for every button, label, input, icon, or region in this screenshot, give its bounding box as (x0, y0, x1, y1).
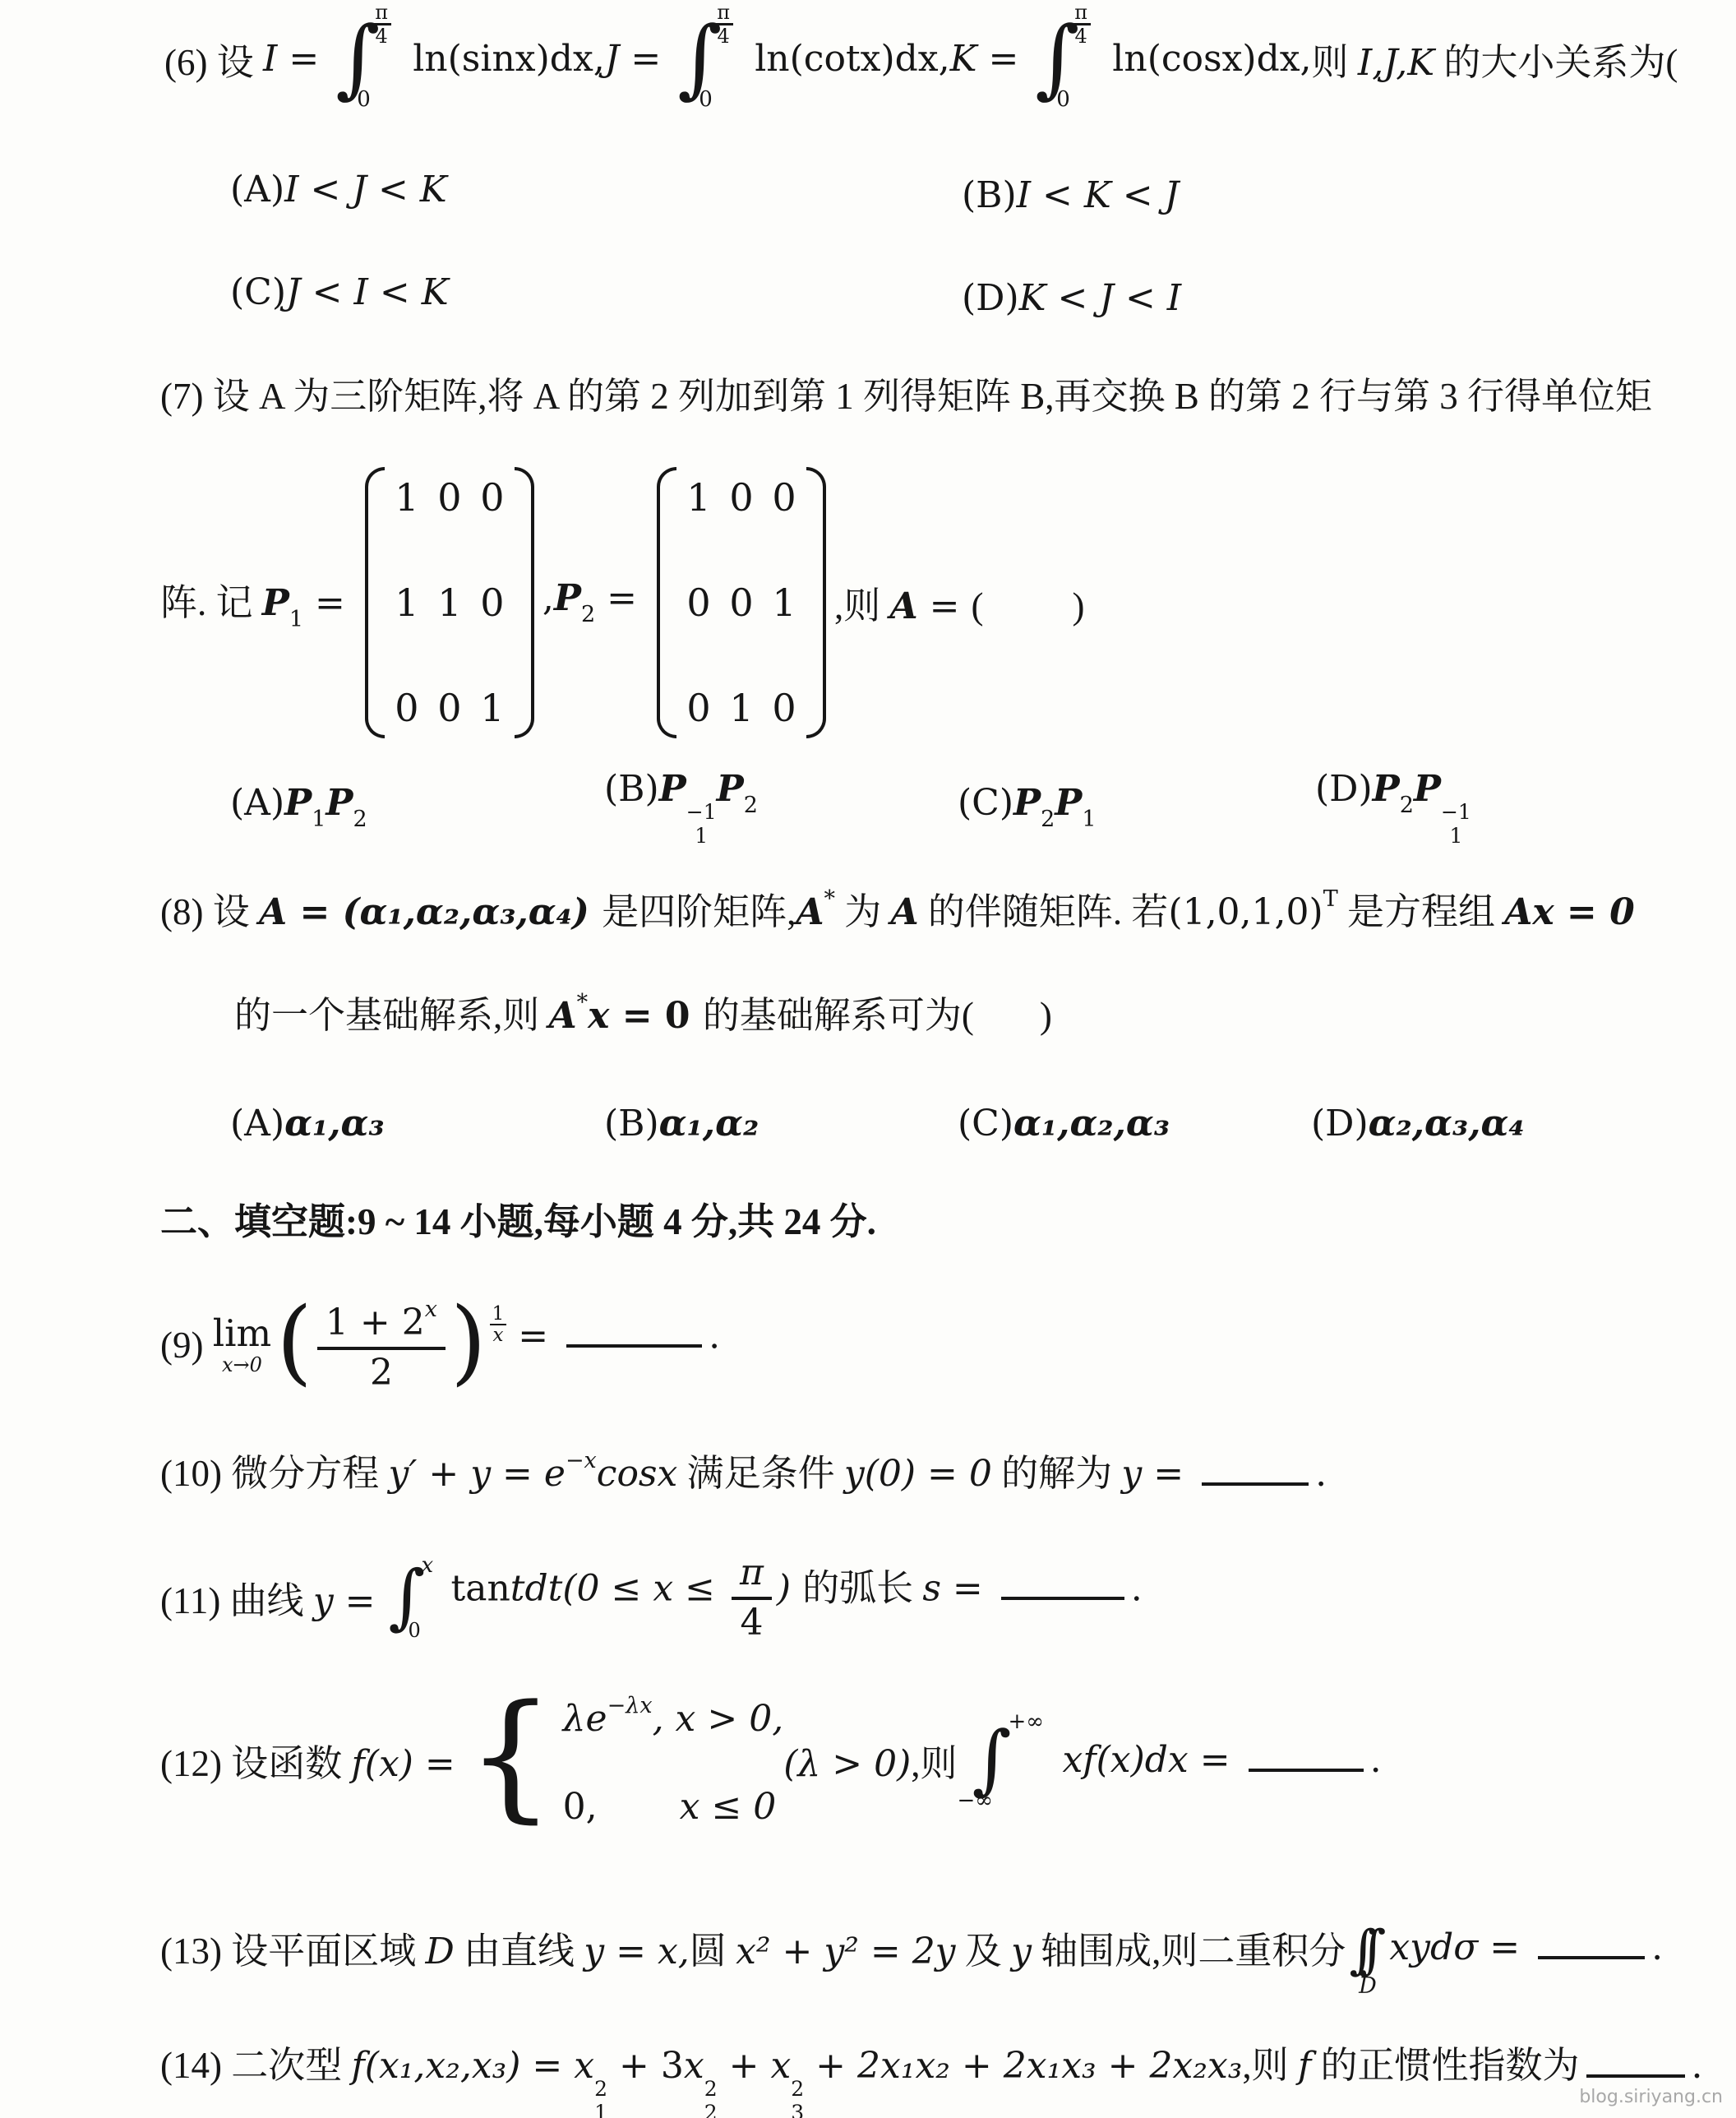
matrix-p1-grid: 100 110 001 (385, 467, 515, 738)
q10-line: (10) 微分方程 y′ + y = e−xcosx 满足条件 y(0) = 0… (160, 1443, 1327, 1496)
q8-option-c: (C)α₁,α₂,α₃ (958, 1097, 1170, 1149)
exponent-fraction: 1x (490, 1304, 507, 1345)
fill-blank (1001, 1572, 1124, 1600)
integral-lower-bound: 0 (1056, 87, 1070, 112)
option-d: (D)P2P−11 (1315, 768, 1471, 846)
matrix-left-paren (365, 467, 385, 738)
q7-number: (7) (160, 376, 213, 417)
fill-blank (1586, 2050, 1685, 2078)
option-a: (A)I < J < K (230, 169, 447, 210)
q6-option-d: (D)K < J < I (962, 273, 1181, 322)
double-integral-over-D-icon: ∫∫D (1349, 1924, 1386, 1997)
integral-lower-bound: −∞ (958, 1788, 993, 1813)
q6-question-tail: 则 I,J,K 的大小关系为() (1312, 32, 1736, 86)
limit-operator: limx→0 (213, 1315, 271, 1375)
q11-integrand: tantdt(0 ≤ x ≤ π4) 的弧长 s = . (451, 1550, 1143, 1645)
matrix-p2-grid: 100 001 010 (676, 467, 806, 738)
q6-option-c: (C)J < I < K (230, 267, 449, 317)
q7-line1: (7) 设 A 为三阶矩阵,将 A 的第 2 列加到第 1 列得矩阵 B,再交换… (160, 366, 1652, 419)
integral-lower-bound: 0 (409, 1619, 421, 1642)
integral-upper-bound: x (422, 1553, 434, 1578)
q6-var-J: J = (605, 38, 672, 80)
q6-integrand-1: ln(sinx)dx, (413, 38, 605, 80)
option-b: (B)I < K < J (962, 174, 1179, 216)
question-7-matrix-line: 阵. 记 P1 = 100 110 001 ,P2 = 100 001 010 … (160, 473, 1085, 732)
double-integral-sign-icon: ∫∫ (1349, 1924, 1386, 1977)
option-b: (B)α₁,α₂ (604, 1103, 759, 1145)
q8-option-b: (B)α₁,α₂ (604, 1097, 759, 1149)
fill-blank (1538, 1931, 1645, 1959)
matrix-cell: 1 (395, 580, 418, 625)
big-right-paren: ) (450, 1296, 487, 1388)
supsub-stack: 22 (704, 2079, 718, 2118)
matrix-cell: 0 (437, 475, 461, 520)
q6-var-K: K = (950, 38, 1031, 80)
integral-upper-bound: π4 (713, 2, 733, 48)
matrix-cell: 0 (395, 686, 418, 730)
integral-0-pi4-icon: ∫ π4 0 (1030, 13, 1112, 104)
question-8-stem-line1: (8) 设 A = (α₁,α₂,α₃,α₄) 是四阶矩阵,A* 为 A 的伴随… (160, 881, 1635, 934)
q8-line1: (8) 设 A = (α₁,α₂,α₃,α₄) 是四阶矩阵,A* 为 A 的伴随… (160, 881, 1635, 935)
fraction: 1 + 2x2 (317, 1295, 446, 1395)
cases-brace-icon: { (467, 1686, 555, 1824)
q6-integrand-3: ln(cosx)dx, (1112, 38, 1311, 80)
matrix-cell: 1 (772, 580, 796, 625)
piecewise-cases: λe−λx, x > 0, 0,x ≤ 0 (563, 1693, 784, 1828)
matrix-cell: 1 (395, 475, 418, 520)
exam-page: (6) 设 I = ∫ π4 0 ln(sinx)dx, J = ∫ π4 0 … (0, 0, 1736, 2118)
integral-sign-icon: ∫ (972, 1722, 1012, 1797)
option-a: (A)P1P2 (230, 782, 367, 832)
matrix-right-paren (806, 467, 826, 738)
matrix-cell: 0 (437, 686, 461, 730)
matrix-cell: 0 (772, 475, 796, 520)
q7-matrix-prefix: 阵. 记 P1 = (160, 572, 357, 632)
q7-option-c: (C)P2P1 (958, 778, 1097, 835)
question-6-stem: (6) 设 I = ∫ π4 0 ln(sinx)dx, J = ∫ π4 0 … (164, 15, 1736, 102)
q12-prefix: (12) 设函数 f(x) = (160, 1733, 467, 1787)
q6-var-I: I = (263, 38, 330, 80)
option-b: (B)P−11P2 (604, 768, 758, 846)
supsub-stack: 23 (791, 2079, 804, 2118)
q8-option-d: (D)α₂,α₃,α₄ (1311, 1097, 1525, 1149)
fill-blank (1202, 1458, 1309, 1486)
watermark: blog.siriyang.cn (1579, 2087, 1723, 2107)
q7-option-b: (B)P−11P2 (604, 778, 758, 835)
question-11: (11) 曲线 y = ∫ x 0 tantdt(0 ≤ x ≤ π4) 的弧长… (160, 1554, 1143, 1640)
q7-question-tail: ,则 A = () (834, 576, 1085, 629)
q14-line: (14) 二次型 f(x₁,x₂,x₃) = x21 + 3x22 + x23 … (160, 2035, 1703, 2118)
section-2-header: 二、填空题:9 ~ 14 小题,每小题 4 分,共 24 分. (160, 1193, 876, 1242)
option-a: (A)α₁,α₃ (230, 1103, 385, 1145)
matrix-cell: 0 (729, 580, 753, 625)
big-left-paren: ( (276, 1296, 312, 1388)
section-2-title: 二、填空题:9 ~ 14 小题,每小题 4 分,共 24 分. (160, 1191, 876, 1245)
question-14: (14) 二次型 f(x₁,x₂,x₃) = x21 + 3x22 + x23 … (160, 2049, 1703, 2108)
fill-blank (1249, 1744, 1364, 1772)
matrix-cell: 0 (729, 475, 753, 520)
q6-integrand-2: ln(cotx)dx, (755, 38, 949, 80)
question-12: (12) 设函数 f(x) = { λe−λx, x > 0, 0,x ≤ 0 … (160, 1692, 1382, 1828)
q9-expression: (1 + 2x2)1x = . (276, 1295, 720, 1395)
option-c: (C)P2P1 (958, 782, 1097, 832)
option-c: (C)α₁,α₂,α₃ (958, 1103, 1170, 1145)
q7-option-a: (A)P1P2 (230, 778, 367, 835)
option-c: (C)J < I < K (230, 271, 449, 313)
double-integral-domain: D (1359, 1975, 1377, 1997)
question-8-stem-line2: 的一个基础解系,则 A*x = 0 的基础解系可为() (234, 987, 1052, 1036)
integral-lower-bound: 0 (699, 87, 713, 112)
question-7-stem-line1: (7) 设 A 为三阶矩阵,将 A 的第 2 列加到第 1 列得矩阵 B,再交换… (160, 368, 1652, 417)
supsub-stack: −11 (686, 802, 717, 846)
integral-lower-bound: 0 (357, 87, 371, 112)
integral-upper-bound: +∞ (1009, 1709, 1044, 1734)
q6-text-set: 设 (217, 42, 263, 83)
q8-option-a: (A)α₁,α₃ (230, 1097, 385, 1149)
option-d: (D)K < J < I (962, 277, 1181, 319)
supsub-stack: 21 (594, 2079, 607, 2118)
matrix-cell: 1 (729, 686, 753, 730)
q13-tail: xydσ = . (1389, 1926, 1663, 1968)
question-13: (13) 设平面区域 D 由直线 y = x,圆 x² + y² = 2y 及 … (160, 1906, 1663, 1988)
fill-blank (566, 1320, 702, 1348)
matrix-right-paren (515, 467, 534, 738)
case-2: 0,x ≤ 0 (563, 1786, 784, 1828)
q6-option-b: (B)I < K < J (962, 170, 1179, 220)
q13-text: (13) 设平面区域 D 由直线 y = x,圆 x² + y² = 2y 及 … (160, 1921, 1346, 1974)
option-d: (D)α₂,α₃,α₄ (1311, 1103, 1525, 1145)
q6-number-and-text: (6) 设 (164, 32, 263, 86)
matrix-left-paren (657, 467, 676, 738)
q7-option-d: (D)P2P−11 (1315, 778, 1471, 835)
integral-upper-bound: π4 (372, 2, 391, 48)
q9-number: (9) (160, 1324, 213, 1367)
q7-text: 设 A 为三阶矩阵,将 A 的第 2 列加到第 1 列得矩阵 B,再交换 B 的… (213, 376, 1652, 417)
integral-0-pi4-icon: ∫ π4 0 (672, 13, 755, 104)
matrix-p1: 100 110 001 (365, 467, 534, 738)
integral-minusinf-plusinf-icon: ∫ +∞ −∞ (958, 1718, 1063, 1803)
q7-matrix-mid: ,P2 = (542, 577, 649, 627)
matrix-cell: 0 (686, 686, 710, 730)
q12-tail: xf(x)dx = . (1063, 1739, 1382, 1781)
pi-over-4-fraction: π4 (732, 1550, 772, 1645)
fraction-numerator: 1 + 2x (317, 1295, 446, 1350)
question-9: (9) limx→0 (1 + 2x2)1x = . (160, 1297, 720, 1392)
case-1: λe−λx, x > 0, (563, 1693, 784, 1740)
integral-0-x-icon: ∫ x 0 (387, 1558, 451, 1637)
integral-upper-bound: π4 (1071, 2, 1091, 48)
matrix-cell: 0 (686, 580, 710, 625)
q8-line2: 的一个基础解系,则 A*x = 0 的基础解系可为() (234, 985, 1052, 1038)
matrix-p2: 100 001 010 (657, 467, 826, 738)
matrix-cell: 1 (686, 475, 710, 520)
matrix-cell: 0 (480, 475, 504, 520)
question-10: (10) 微分方程 y′ + y = e−xcosx 满足条件 y(0) = 0… (160, 1443, 1327, 1496)
matrix-cell: 0 (480, 580, 504, 625)
q6-number: (6) (164, 42, 217, 83)
q6-option-a: (A)I < J < K (230, 164, 447, 214)
matrix-cell: 1 (480, 686, 504, 730)
fraction-denominator: 2 (370, 1350, 393, 1395)
matrix-cell: 1 (437, 580, 461, 625)
q11-prefix: (11) 曲线 y = (160, 1570, 387, 1624)
matrix-cell: 0 (772, 686, 796, 730)
supsub-stack: −11 (1441, 802, 1471, 846)
q12-mid: (λ > 0),则 (783, 1733, 957, 1787)
integral-0-pi4-icon: ∫ π4 0 (330, 13, 413, 104)
